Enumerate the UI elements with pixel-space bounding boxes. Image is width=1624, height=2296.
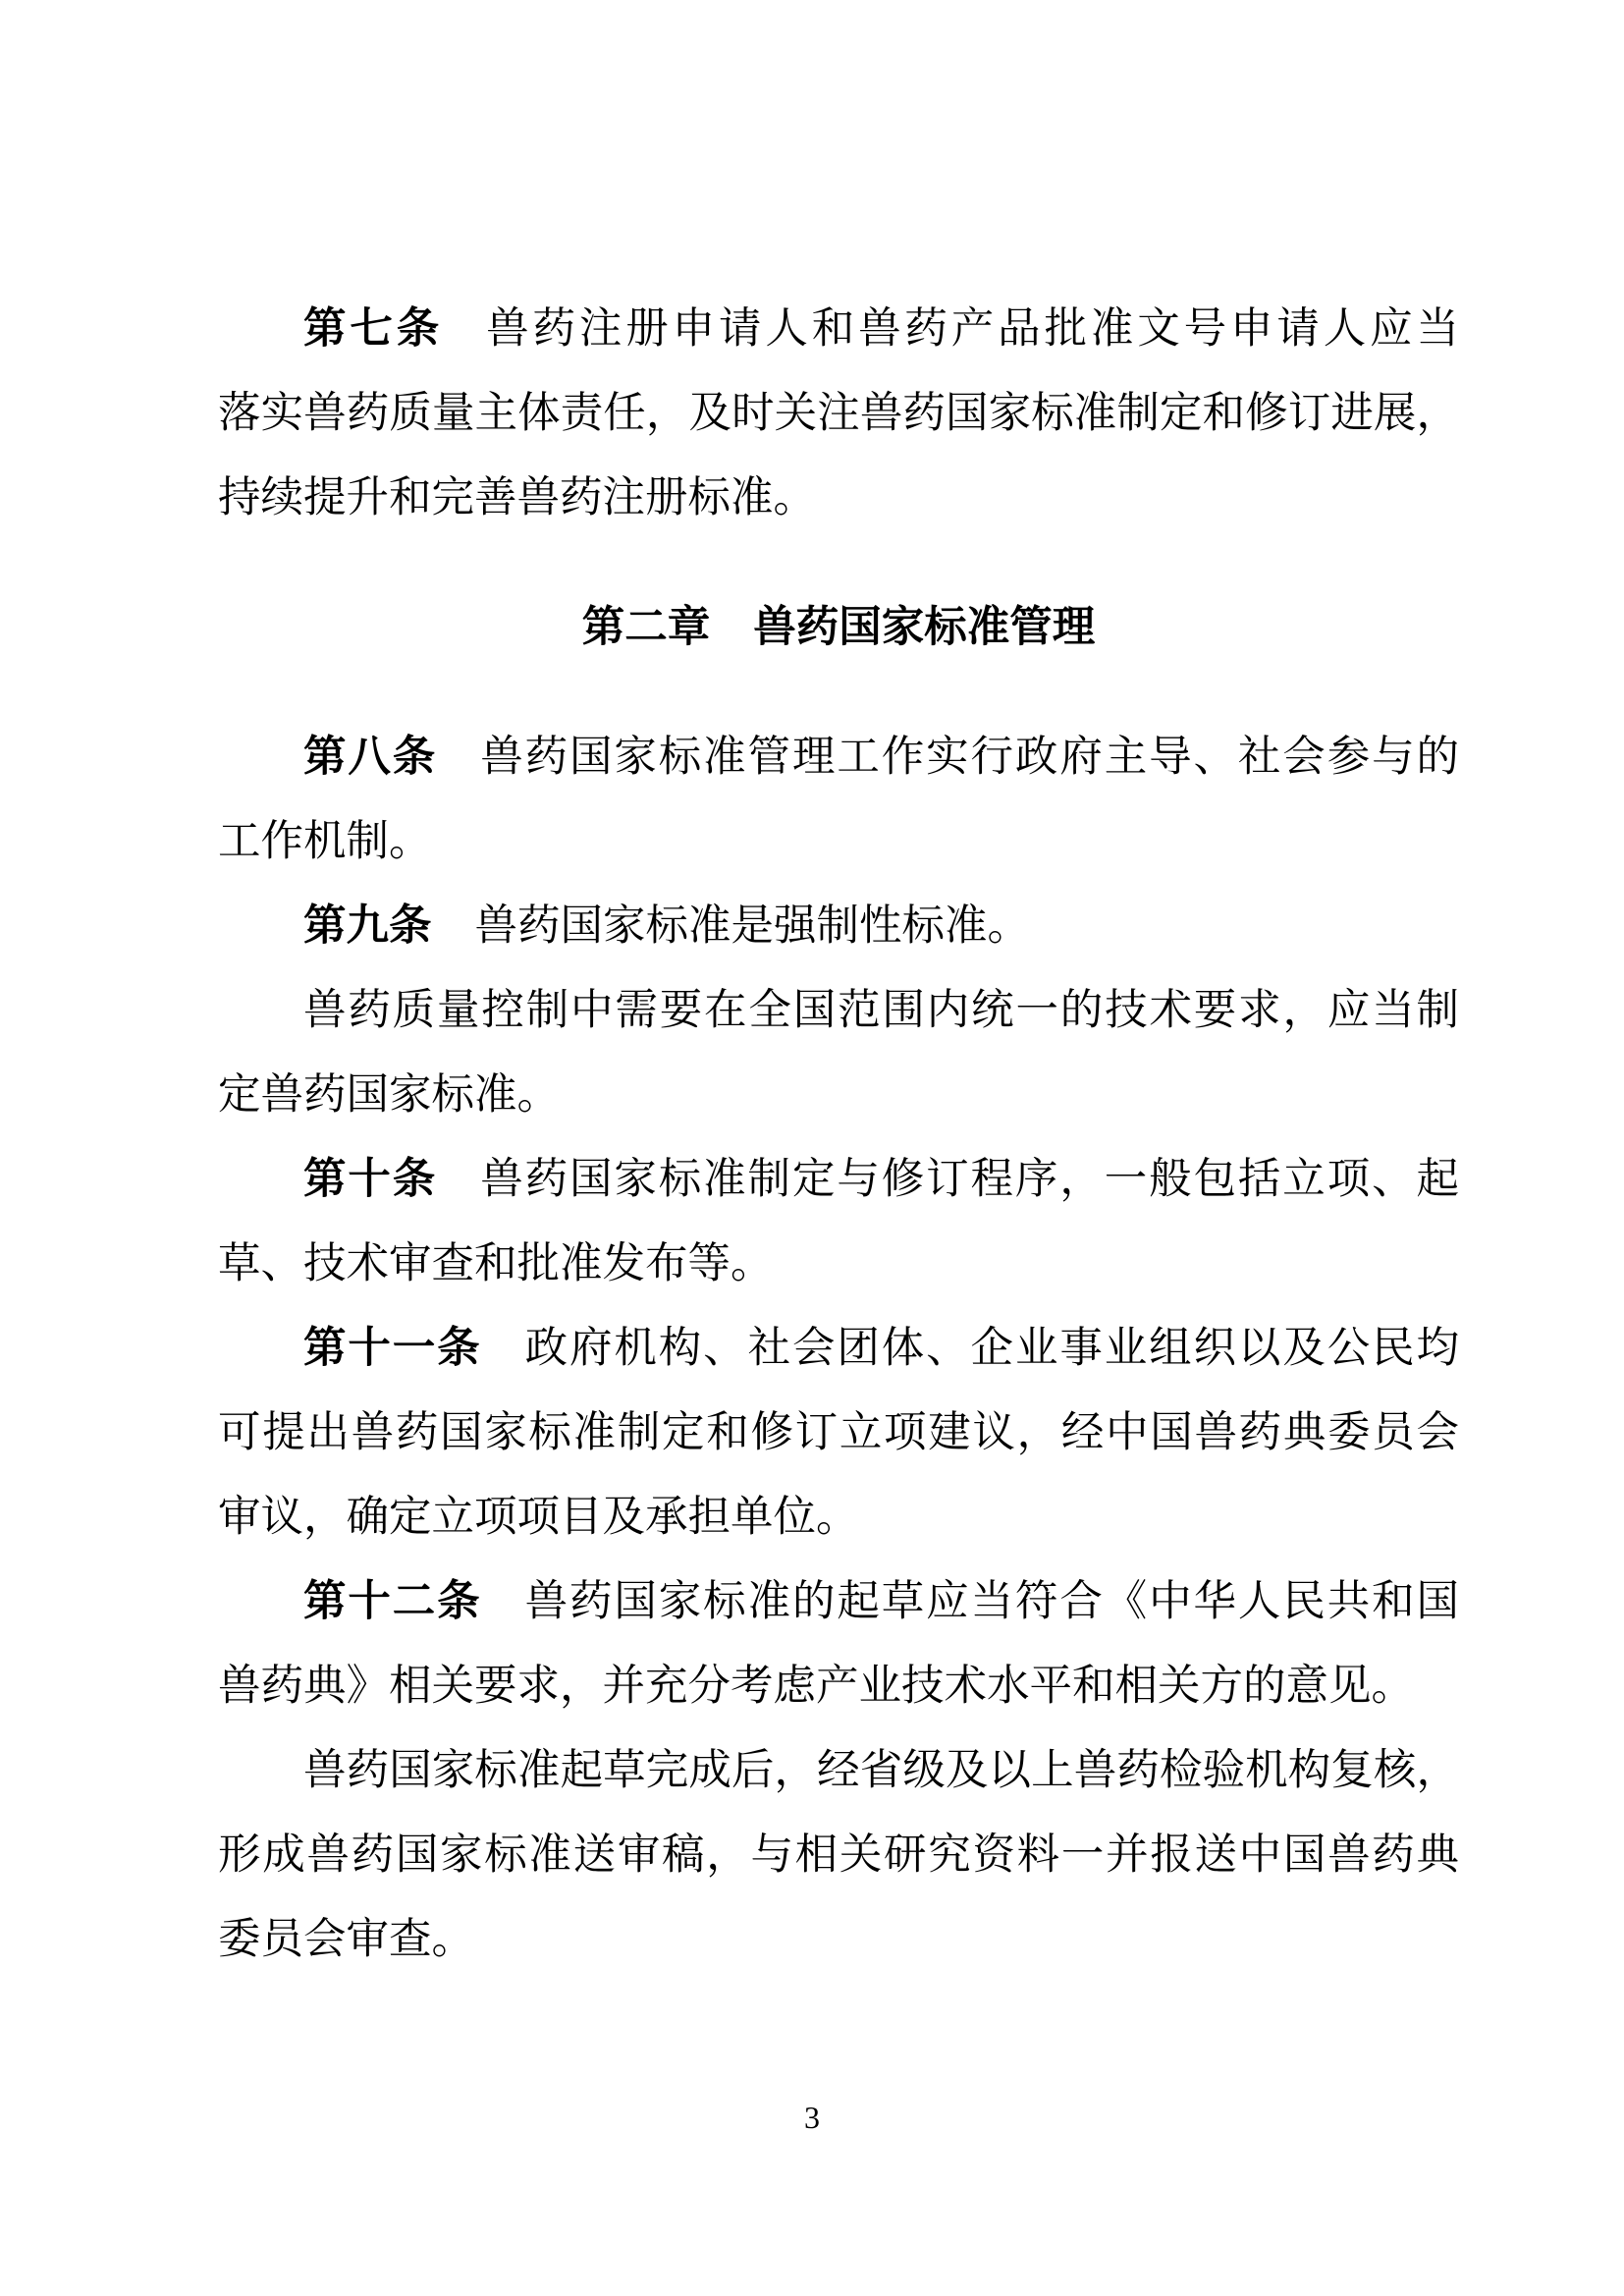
text-line: 第七条兽药注册申请人和兽药产品批准文号申请人应当 bbox=[218, 287, 1459, 371]
page-footer: 3 bbox=[0, 2094, 1624, 2141]
text-line: 兽药国家标准起草完成后，经省级及以上兽药检验机构复核， bbox=[218, 1728, 1459, 1813]
line-text: 兽药国家标准的起草应当符合《中华人民共和国 bbox=[525, 1578, 1459, 1625]
line-text: 工作机制。 bbox=[218, 818, 432, 865]
article-number: 第十条 bbox=[303, 1156, 437, 1203]
text-line: 形成兽药国家标准送审稿，与相关研究资料一并报送中国兽药典 bbox=[218, 1813, 1459, 1897]
document-page: 第七条兽药注册申请人和兽药产品批准文号申请人应当落实兽药质量主体责任，及时关注兽… bbox=[0, 0, 1624, 2296]
line-text: 形成兽药国家标准送审稿，与相关研究资料一并报送中国兽药典 bbox=[218, 1831, 1459, 1879]
line-text: 持续提升和完善兽药注册标准。 bbox=[218, 474, 816, 521]
paragraph: 第十一条政府机构、社会团体、企业事业组织以及公民均可提出兽药国家标准制定和修订立… bbox=[218, 1306, 1459, 1559]
document-body: 第七条兽药注册申请人和兽药产品批准文号申请人应当落实兽药质量主体责任，及时关注兽… bbox=[218, 287, 1459, 1982]
text-line: 第二章兽药国家标准管理 bbox=[218, 585, 1459, 670]
text-line: 兽药典》相关要求，并充分考虑产业技术水平和相关方的意见。 bbox=[218, 1644, 1459, 1728]
line-text: 兽药注册申请人和兽药产品批准文号申请人应当 bbox=[486, 305, 1459, 353]
paragraph: 第十二条兽药国家标准的起草应当符合《中华人民共和国兽药典》相关要求，并充分考虑产… bbox=[218, 1559, 1459, 1728]
chapter-number: 第二章 bbox=[582, 604, 711, 651]
line-text: 兽药国家标准制定与修订程序，一般包括立项、起 bbox=[480, 1156, 1459, 1203]
line-text: 兽药质量控制中需要在全国范围内统一的技术要求，应当制 bbox=[303, 987, 1459, 1034]
text-line: 草、技术审查和批准发布等。 bbox=[218, 1222, 1459, 1306]
chapter-heading: 第二章兽药国家标准管理 bbox=[218, 585, 1459, 670]
article-number: 第七条 bbox=[303, 305, 443, 353]
article-number: 第十一条 bbox=[303, 1325, 482, 1372]
text-line: 定兽药国家标准。 bbox=[218, 1053, 1459, 1137]
page-number: 3 bbox=[804, 2100, 820, 2135]
text-line: 第十条兽药国家标准制定与修订程序，一般包括立项、起 bbox=[218, 1137, 1459, 1222]
paragraph: 第八条兽药国家标准管理工作实行政府主导、社会参与的工作机制。 bbox=[218, 715, 1459, 884]
text-line: 兽药质量控制中需要在全国范围内统一的技术要求，应当制 bbox=[218, 968, 1459, 1053]
text-line: 委员会审查。 bbox=[218, 1897, 1459, 1982]
line-text: 兽药典》相关要求，并充分考虑产业技术水平和相关方的意见。 bbox=[218, 1663, 1414, 1710]
article-number: 第八条 bbox=[303, 734, 437, 781]
article-number: 第九条 bbox=[303, 902, 432, 950]
line-text: 定兽药国家标准。 bbox=[218, 1071, 560, 1119]
text-line: 工作机制。 bbox=[218, 799, 1459, 884]
paragraph: 第十条兽药国家标准制定与修订程序，一般包括立项、起草、技术审查和批准发布等。 bbox=[218, 1137, 1459, 1306]
text-line: 第九条兽药国家标准是强制性标准。 bbox=[218, 884, 1459, 968]
line-text: 审议，确定立项项目及承担单位。 bbox=[218, 1494, 859, 1541]
text-line: 可提出兽药国家标准制定和修订立项建议，经中国兽药典委员会 bbox=[218, 1391, 1459, 1475]
line-text: 兽药国家标准是强制性标准。 bbox=[475, 902, 1031, 950]
text-line: 审议，确定立项项目及承担单位。 bbox=[218, 1475, 1459, 1559]
paragraph: 兽药国家标准起草完成后，经省级及以上兽药检验机构复核，形成兽药国家标准送审稿，与… bbox=[218, 1728, 1459, 1982]
text-line: 第八条兽药国家标准管理工作实行政府主导、社会参与的 bbox=[218, 715, 1459, 799]
paragraph: 第七条兽药注册申请人和兽药产品批准文号申请人应当落实兽药质量主体责任，及时关注兽… bbox=[218, 287, 1459, 540]
line-text: 兽药国家标准起草完成后，经省级及以上兽药检验机构复核， bbox=[303, 1747, 1459, 1794]
text-line: 第十二条兽药国家标准的起草应当符合《中华人民共和国 bbox=[218, 1559, 1459, 1644]
text-line: 落实兽药质量主体责任，及时关注兽药国家标准制定和修订进展， bbox=[218, 371, 1459, 456]
line-text: 政府机构、社会团体、企业事业组织以及公民均 bbox=[525, 1325, 1459, 1372]
line-text: 兽药国家标准管理 bbox=[753, 604, 1095, 651]
article-number: 第十二条 bbox=[303, 1578, 482, 1625]
line-text: 落实兽药质量主体责任，及时关注兽药国家标准制定和修订进展， bbox=[218, 390, 1459, 437]
line-text: 草、技术审查和批准发布等。 bbox=[218, 1240, 774, 1287]
text-line: 持续提升和完善兽药注册标准。 bbox=[218, 456, 1459, 540]
paragraph: 兽药质量控制中需要在全国范围内统一的技术要求，应当制定兽药国家标准。 bbox=[218, 968, 1459, 1137]
text-line: 第十一条政府机构、社会团体、企业事业组织以及公民均 bbox=[218, 1306, 1459, 1391]
paragraph: 第九条兽药国家标准是强制性标准。 bbox=[218, 884, 1459, 968]
line-text: 兽药国家标准管理工作实行政府主导、社会参与的 bbox=[480, 734, 1459, 781]
line-text: 委员会审查。 bbox=[218, 1916, 474, 1963]
line-text: 可提出兽药国家标准制定和修订立项建议，经中国兽药典委员会 bbox=[218, 1409, 1459, 1456]
